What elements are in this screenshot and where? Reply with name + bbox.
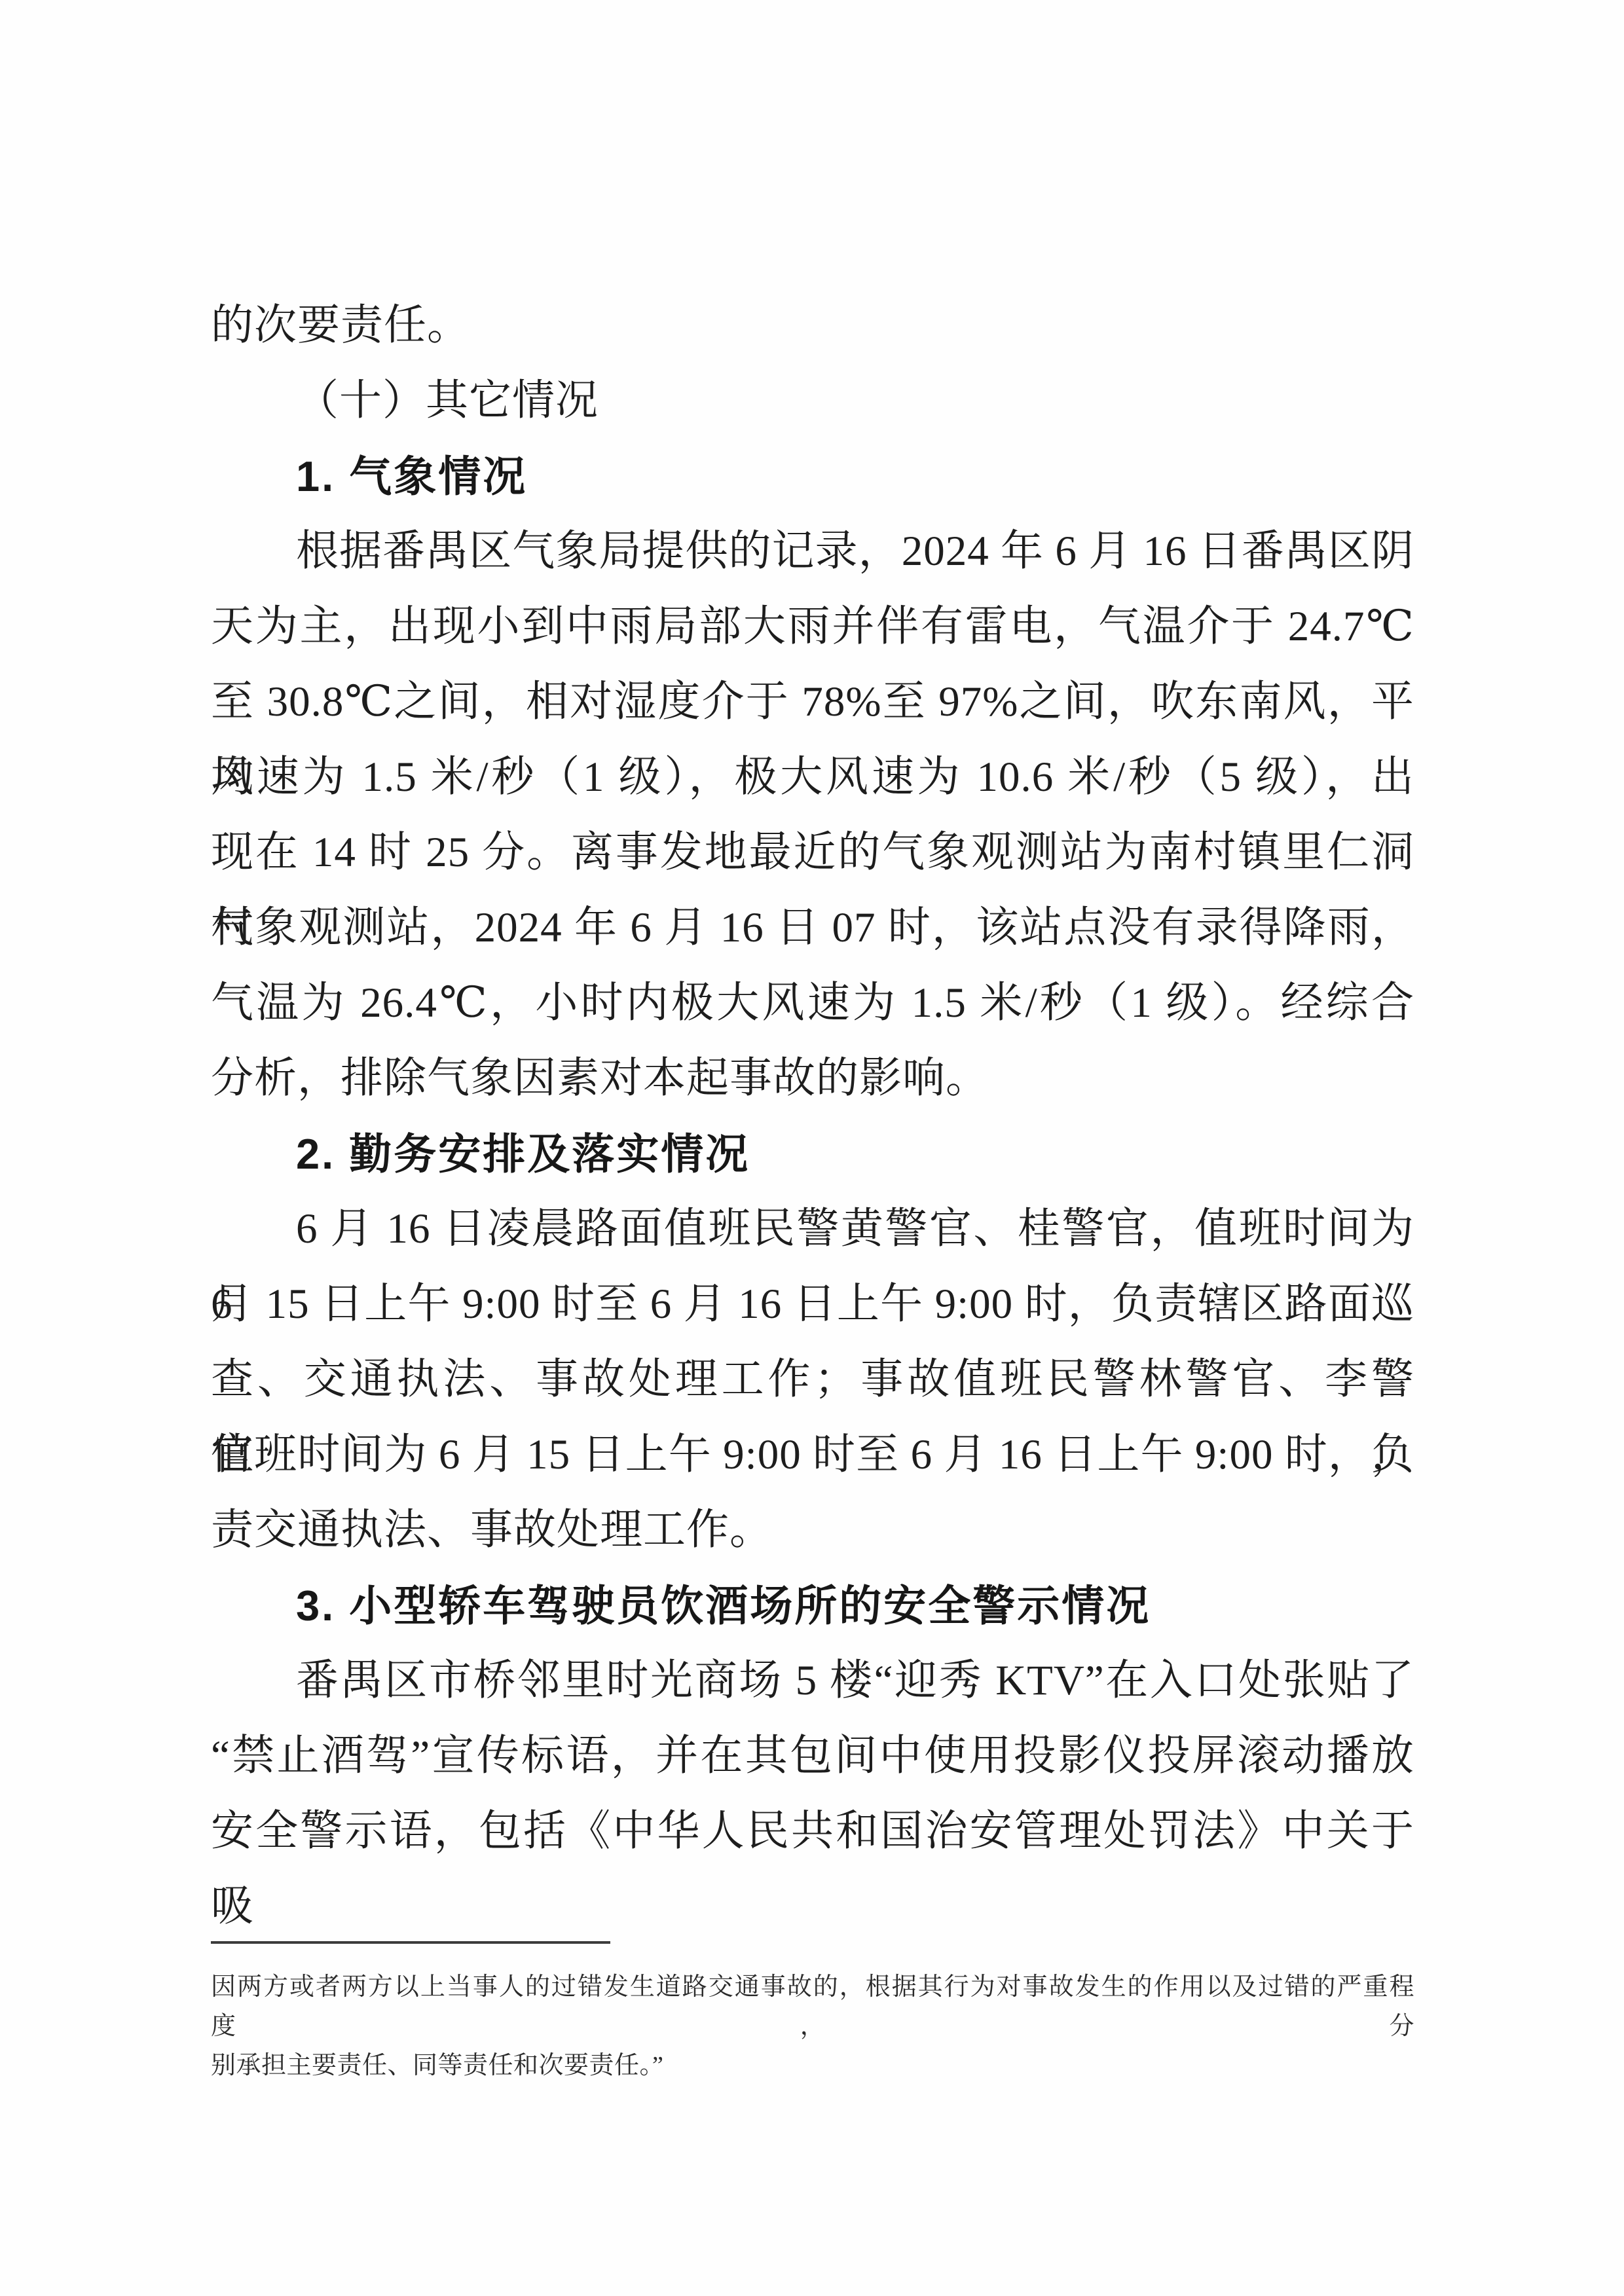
footnote-separator bbox=[211, 1941, 610, 1944]
document-page: 的次要责任。 （十）其它情况 1. 气象情况 根据番禺区气象局提供的记录，202… bbox=[0, 0, 1624, 2296]
doc-line: 查、交通执法、事故处理工作；事故值班民警林警官、李警官， bbox=[211, 1342, 1414, 1417]
doc-line: 值班时间为 6 月 15 日上午 9:00 时至 6 月 16 日上午 9:00… bbox=[211, 1417, 1414, 1493]
doc-line: “禁止酒驾”宣传标语，并在其包间中使用投影仪投屏滚动播放 bbox=[211, 1719, 1414, 1794]
doc-line: 月 15 日上午 9:00 时至 6 月 16 日上午 9:00 时，负责辖区路… bbox=[211, 1267, 1414, 1342]
doc-line: 根据番禺区气象局提供的记录，2024 年 6 月 16 日番禺区阴 bbox=[211, 514, 1414, 589]
doc-heading-ktv-warning: 3. 小型轿车驾驶员饮酒场所的安全警示情况 bbox=[211, 1568, 1414, 1643]
doc-line: 气温为 26.4℃，小时内极大风速为 1.5 米/秒（1 级）。经综合 bbox=[211, 966, 1414, 1041]
doc-heading-duty: 2. 勤务安排及落实情况 bbox=[211, 1116, 1414, 1192]
footnote-line: 别承担主要责任、同等责任和次要责任。” bbox=[211, 2046, 1414, 2085]
doc-line: 责交通执法、事故处理工作。 bbox=[211, 1493, 1414, 1568]
doc-line: 的次要责任。 bbox=[211, 288, 1414, 363]
doc-line: 番禺区市桥邻里时光商场 5 楼“迎秀 KTV”在入口处张贴了 bbox=[211, 1643, 1414, 1719]
document-body: 的次要责任。 （十）其它情况 1. 气象情况 根据番禺区气象局提供的记录，202… bbox=[211, 288, 1414, 1869]
footnote: 因两方或者两方以上当事人的过错发生道路交通事故的，根据其行为对事故发生的作用以及… bbox=[211, 1941, 1414, 2085]
doc-line-section-heading: （十）其它情况 bbox=[211, 363, 1414, 439]
footnote-line: 因两方或者两方以上当事人的过错发生道路交通事故的，根据其行为对事故发生的作用以及… bbox=[211, 1967, 1414, 2046]
doc-line: 天为主，出现小到中雨局部大雨并伴有雷电，气温介于 24.7℃ bbox=[211, 589, 1414, 665]
doc-line: 气象观测站，2024 年 6 月 16 日 07 时，该站点没有录得降雨， bbox=[211, 890, 1414, 966]
doc-line: 现在 14 时 25 分。离事发地最近的气象观测站为南村镇里仁洞村 bbox=[211, 815, 1414, 890]
doc-line: 风速为 1.5 米/秒（1 级），极大风速为 10.6 米/秒（5 级），出 bbox=[211, 740, 1414, 815]
doc-line: 分析，排除气象因素对本起事故的影响。 bbox=[211, 1041, 1414, 1116]
doc-line: 安全警示语，包括《中华人民共和国治安管理处罚法》中关于吸 bbox=[211, 1794, 1414, 1869]
doc-heading-weather: 1. 气象情况 bbox=[211, 439, 1414, 514]
doc-line: 6 月 16 日凌晨路面值班民警黄警官、桂警官，值班时间为 6 bbox=[211, 1192, 1414, 1267]
doc-line: 至 30.8℃之间，相对湿度介于 78%至 97%之间，吹东南风，平均 bbox=[211, 665, 1414, 740]
